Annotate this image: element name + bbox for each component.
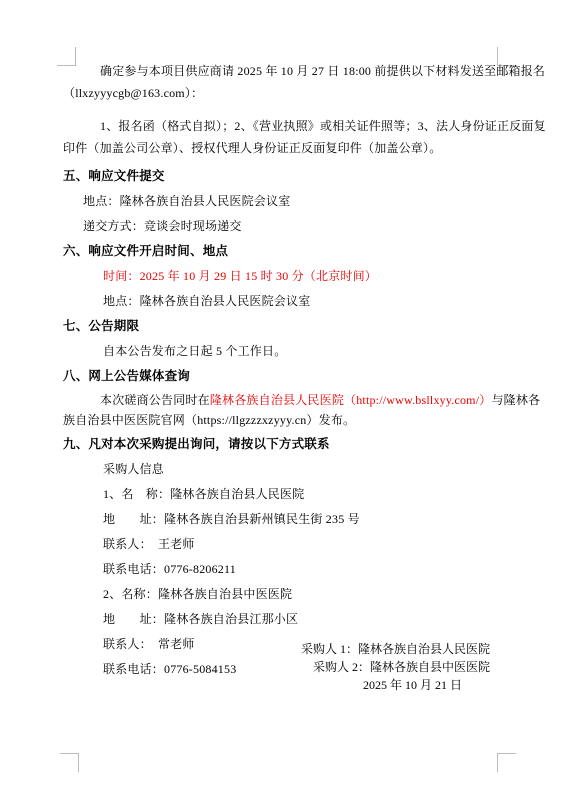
heading-section-6: 六、响应文件开启时间、地点 bbox=[63, 240, 523, 262]
para-buyer1-name-text: 1、名 称：隆林各族自治县人民医院 bbox=[103, 487, 304, 501]
heading-section-9-text: 九、凡对本次采购提出询问，请按以下方式联系 bbox=[63, 437, 330, 451]
document-body: 确定参与本项目供应商请 2025 年 10 月 27 日 18:00 前提供以下… bbox=[63, 60, 523, 683]
signature-block: 采购人 1：隆林各族自治县人民医院采购人 2：隆林各族自县中医医院2025 年 … bbox=[301, 640, 490, 694]
heading-section-9: 九、凡对本次采购提出询问，请按以下方式联系 bbox=[63, 433, 523, 455]
para-opening-location: 地点：隆林各族自治县人民医院会议室 bbox=[63, 290, 523, 312]
para-media-query-text: 与隆林各 bbox=[491, 393, 540, 407]
para-buyer1-contact: 联系人： 王老师 bbox=[63, 533, 523, 555]
para-required-materials: 1、报名函（格式自拟）；2、《营业执照》或相关证件照等；3、法人身份证正反面复印… bbox=[63, 115, 523, 159]
heading-section-8: 八、网上公告媒体查询 bbox=[63, 365, 523, 387]
para-buyer2-contact-text: 联系人： 常老师 bbox=[103, 637, 195, 651]
text-boundary-mark-bottom-right bbox=[497, 753, 516, 772]
para-buyer1-phone-text: 联系电话：0776-8206211 bbox=[103, 562, 236, 576]
para-buyer2-address-text: 地 址：隆林各族自治县江那小区 bbox=[103, 612, 298, 626]
text-boundary-mark-bottom-left bbox=[60, 753, 79, 772]
para-buyer1-address-text: 地 址：隆林各族自治县新州镇民生街 235 号 bbox=[103, 512, 360, 526]
para-media-query-text: 隆林各族自治县人民医院（http://www.bsllxyy.com/） bbox=[210, 393, 492, 407]
para-submit-location-text: 地点：隆林各族自治县人民医院会议室 bbox=[83, 194, 290, 208]
para-registration-deadline: 确定参与本项目供应商请 2025 年 10 月 27 日 18:00 前提供以下… bbox=[63, 60, 523, 104]
para-buyer1-name: 1、名 称：隆林各族自治县人民医院 bbox=[63, 483, 523, 505]
document-page: 确定参与本项目供应商请 2025 年 10 月 27 日 18:00 前提供以下… bbox=[0, 0, 575, 812]
para-announcement-period-text: 自本公告发布之日起 5 个工作日。 bbox=[103, 344, 286, 358]
para-media-query-text: 本次磋商公告同时在 bbox=[100, 393, 210, 407]
para-buyer1-address: 地 址：隆林各族自治县新州镇民生街 235 号 bbox=[63, 508, 523, 530]
para-buyer2-name: 2、名称：隆林各族自治县中医医院 bbox=[63, 583, 523, 605]
para-submit-location: 地点：隆林各族自治县人民医院会议室 bbox=[63, 190, 523, 212]
para-submit-method: 递交方式：竞谈会时现场递交 bbox=[63, 215, 523, 237]
para-buyer2-phone-text: 联系电话：0776-5084153 bbox=[103, 662, 236, 676]
para-buyer-info-title: 采购人信息 bbox=[63, 458, 523, 480]
signature-buyer-1: 采购人 1：隆林各族自治县人民医院 bbox=[301, 640, 490, 658]
para-buyer1-phone: 联系电话：0776-8206211 bbox=[63, 558, 523, 580]
para-announcement-period: 自本公告发布之日起 5 个工作日。 bbox=[63, 340, 523, 362]
para-opening-time-text: 时间：2025 年 10 月 29 日 15 时 30 分（北京时间） bbox=[103, 269, 377, 283]
para-buyer1-contact-text: 联系人： 王老师 bbox=[103, 537, 195, 551]
heading-section-8-text: 八、网上公告媒体查询 bbox=[63, 369, 190, 383]
para-buyer2-name-text: 2、名称：隆林各族自治县中医医院 bbox=[103, 587, 292, 601]
heading-section-7-text: 七、公告期限 bbox=[63, 319, 139, 333]
signature-buyer-2: 采购人 2：隆林各族自县中医医院 bbox=[301, 658, 490, 676]
para-registration-deadline-text: （llxzyyycgb@163.com）： bbox=[63, 86, 203, 100]
para-opening-time: 时间：2025 年 10 月 29 日 15 时 30 分（北京时间） bbox=[63, 265, 523, 287]
para-submit-method-text: 递交方式：竞谈会时现场递交 bbox=[83, 219, 242, 233]
para-buyer2-address: 地 址：隆林各族自治县江那小区 bbox=[63, 608, 523, 630]
heading-section-6-text: 六、响应文件开启时间、地点 bbox=[63, 244, 228, 258]
para-buyer-info-title-text: 采购人信息 bbox=[103, 462, 164, 476]
para-required-materials-text: 印件（加盖公司公章）、授权代理人身份证正反面复印件（加盖公章）。 bbox=[63, 141, 441, 155]
para-opening-location-text: 地点：隆林各族自治县人民医院会议室 bbox=[103, 294, 310, 308]
para-media-query: 本次磋商公告同时在隆林各族自治县人民医院（http://www.bsllxyy.… bbox=[63, 390, 523, 430]
para-required-materials-text: 1、报名函（格式自拟）；2、《营业执照》或相关证件照等；3、法人身份证正反面复 bbox=[100, 119, 546, 133]
heading-section-5: 五、响应文件提交 bbox=[63, 165, 523, 187]
signature-date: 2025 年 10 月 21 日 bbox=[301, 676, 490, 694]
heading-section-7: 七、公告期限 bbox=[63, 315, 523, 337]
heading-section-5-text: 五、响应文件提交 bbox=[63, 169, 165, 183]
para-registration-deadline-text: 确定参与本项目供应商请 2025 年 10 月 27 日 18:00 前提供以下… bbox=[100, 64, 545, 78]
para-media-query-text: 族自治县中医医院官网（https://llgzzzxzyyy.cn）发布。 bbox=[63, 413, 355, 427]
